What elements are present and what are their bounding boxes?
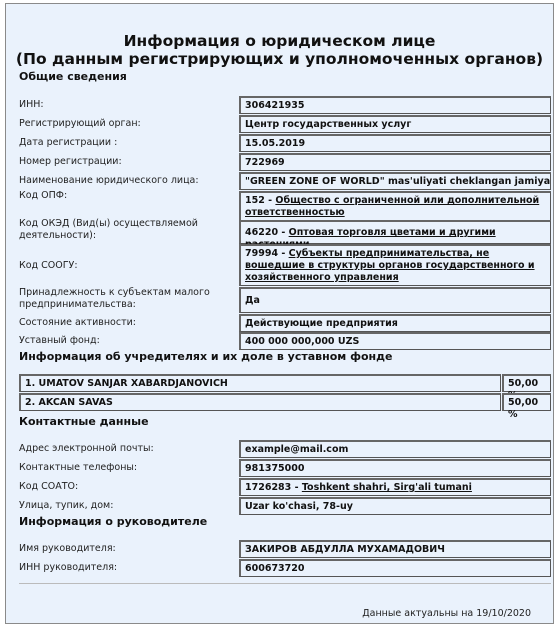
field-activity-status: Состояние активности: Действующие предпр… (19, 314, 551, 332)
section-general-heading: Общие сведения (19, 70, 127, 83)
page-title: Информация о юридическом лице (По данным… (6, 32, 553, 68)
field-label: Принадлежность к субъектам малого предпр… (19, 287, 224, 311)
field-director-inn: ИНН руководителя: 600673720 (19, 559, 551, 577)
field-value: 1726283 - Toshkent shahri, Sirg'ali tuma… (239, 478, 551, 496)
field-inn: ИНН: 306421935 (19, 96, 551, 114)
founder-name: 2. AKCAN SAVAS (19, 393, 501, 411)
field-value: ЗАКИРОВ АБДУЛЛА МУХАМАДОВИЧ (239, 540, 551, 558)
field-registering-body: Регистрирующий орган: Центр государствен… (19, 115, 551, 133)
field-value: Центр государственных услуг (239, 115, 551, 133)
field-label: Код ОПФ: (19, 190, 224, 202)
soogu-code: 79994 (245, 248, 278, 259)
field-charter-capital: Уставный фонд: 400 000 000,000 UZS (19, 332, 551, 350)
field-label: ИНН: (19, 99, 224, 111)
opf-code: 152 (245, 195, 265, 206)
title-line-2: (По данным регистрирующих и уполномоченн… (6, 50, 553, 68)
field-value: Uzar ko'chasi, 78-uy (239, 497, 551, 515)
field-label: Код ОКЭД (Вид(ы) осуществляемой деятельн… (19, 218, 224, 242)
field-value: 79994 - Субъекты предпринимательства, не… (239, 244, 551, 286)
field-value: 600673720 (239, 559, 551, 577)
founder-name: 1. UMATOV SANJAR XABARDJANOVICH (19, 374, 501, 392)
field-value: example@mail.com (239, 440, 551, 458)
field-label: ИНН руководителя: (19, 562, 224, 574)
field-label: Имя руководителя: (19, 543, 224, 555)
field-label: Номер регистрации: (19, 156, 224, 168)
field-label: Код СОАТО: (19, 481, 224, 493)
field-soato-code: Код СОАТО: 1726283 - Toshkent shahri, Si… (19, 478, 551, 496)
section-contacts-heading: Контактные данные (19, 415, 149, 428)
field-value: 400 000 000,000 UZS (239, 332, 551, 350)
field-registration-date: Дата регистрации : 15.05.2019 (19, 134, 551, 152)
soato-link[interactable]: Toshkent shahri, Sirg'ali tumani (302, 482, 472, 493)
field-label: Уставный фонд: (19, 335, 224, 347)
field-label: Контактные телефоны: (19, 462, 224, 474)
title-line-1: Информация о юридическом лице (6, 32, 553, 50)
field-value: 981375000 (239, 459, 551, 477)
field-value: Действующие предприятия (239, 314, 551, 332)
soogu-link[interactable]: Субъекты предпринимательства, не вошедши… (245, 248, 535, 283)
field-label: Состояние активности: (19, 317, 224, 329)
field-director-name: Имя руководителя: ЗАКИРОВ АБДУЛЛА МУХАМА… (19, 540, 551, 558)
field-soogu-code: Код СООГУ: 79994 - Субъекты предпринимат… (19, 244, 551, 286)
field-value: 722969 (239, 153, 551, 171)
oked-code: 46220 (245, 227, 278, 238)
field-value: Да (239, 287, 551, 313)
divider (19, 583, 551, 584)
field-label: Улица, тупик, дом: (19, 500, 224, 512)
founder-share: 50,00 % (502, 393, 551, 411)
field-street: Улица, тупик, дом: Uzar ko'chasi, 78-uy (19, 497, 551, 515)
legal-entity-info-page: Информация о юридическом лице (По данным… (5, 3, 554, 624)
opf-link[interactable]: Общество с ограниченной или дополнительн… (245, 195, 539, 218)
field-value: 306421935 (239, 96, 551, 114)
field-phones: Контактные телефоны: 981375000 (19, 459, 551, 477)
field-small-business: Принадлежность к субъектам малого предпр… (19, 287, 551, 313)
field-oked-code: Код ОКЭД (Вид(ы) осуществляемой деятельн… (19, 218, 551, 246)
founder-share: 50,00 % (502, 374, 551, 392)
field-registration-number: Номер регистрации: 722969 (19, 153, 551, 171)
section-founders-heading: Информация об учредителях и их доле в ус… (19, 350, 393, 363)
field-label: Дата регистрации : (19, 137, 224, 149)
field-value: 15.05.2019 (239, 134, 551, 152)
data-actual-date: Данные актуальны на 19/10/2020 (362, 608, 531, 619)
field-label: Код СООГУ: (19, 260, 224, 272)
soato-code: 1726283 (245, 482, 291, 493)
field-value: 46220 - Оптовая торговля цветами и други… (239, 220, 551, 244)
section-director-heading: Информация о руководителе (19, 515, 207, 528)
field-email: Адрес электронной почты: example@mail.co… (19, 440, 551, 458)
field-label: Регистрирующий орган: (19, 118, 224, 130)
field-label: Адрес электронной почты: (19, 443, 224, 455)
field-opf-code: Код ОПФ: 152 - Общество с ограниченной и… (19, 186, 551, 218)
